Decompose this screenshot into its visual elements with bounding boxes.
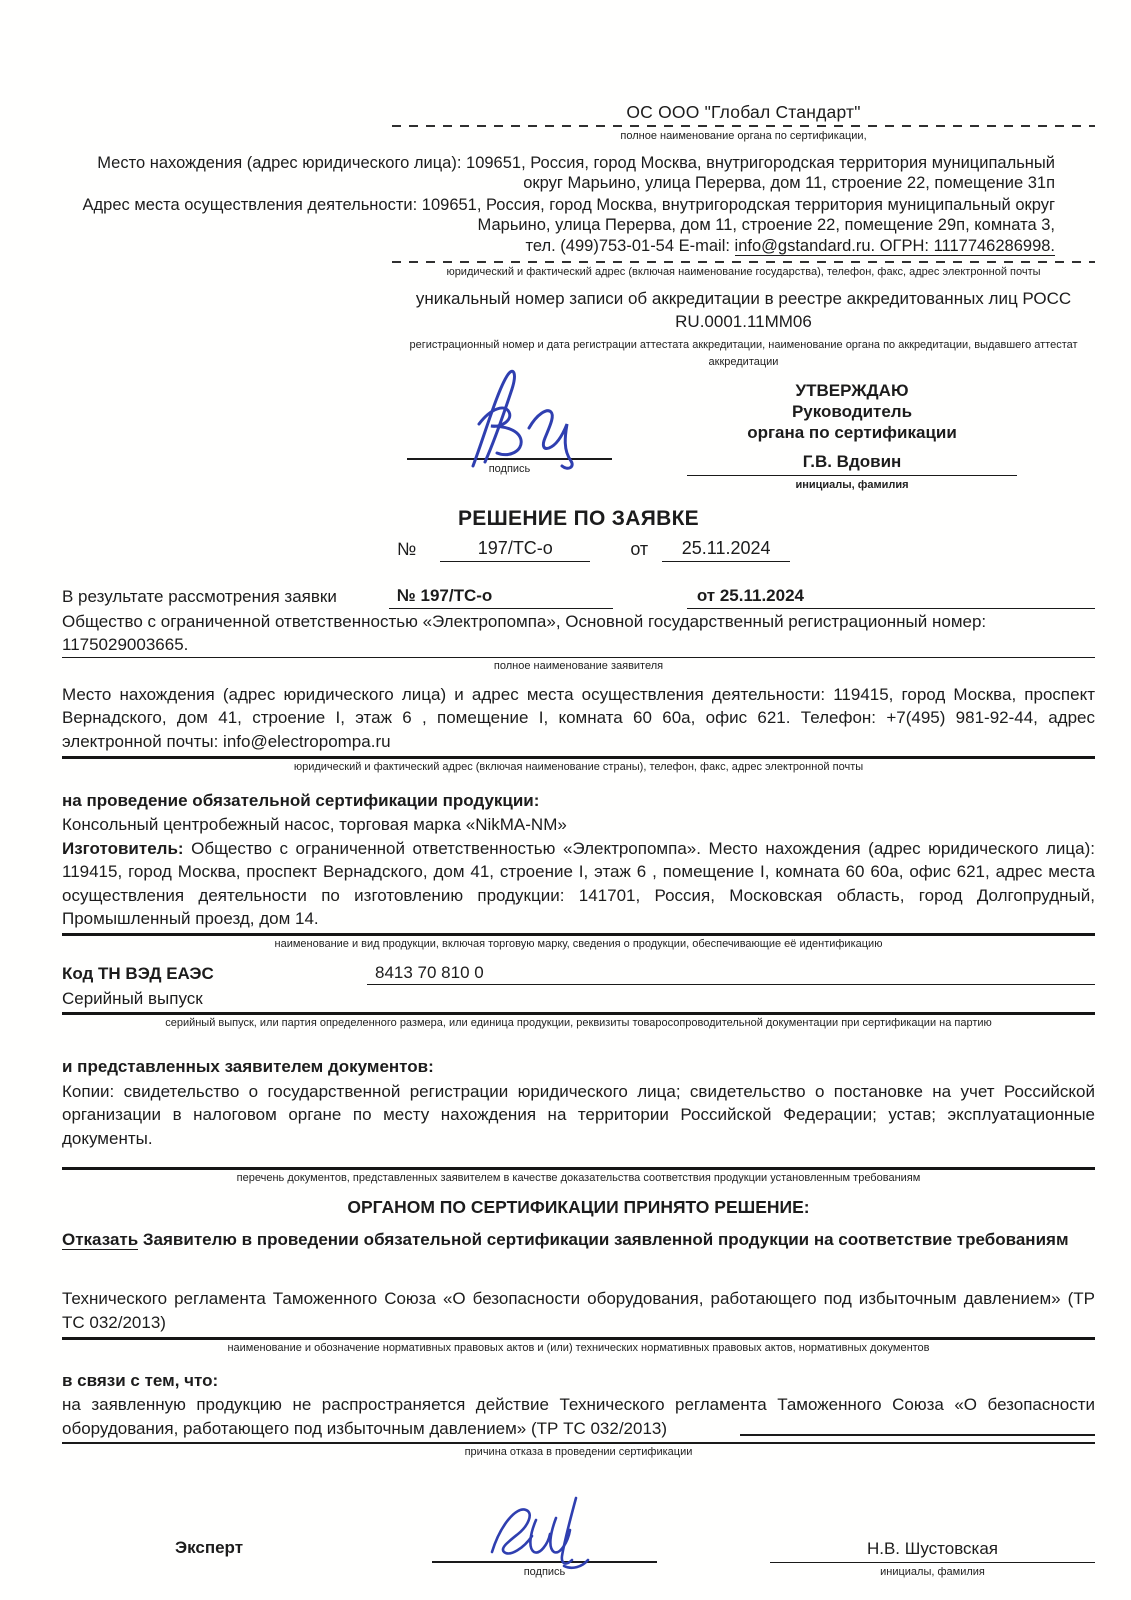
regulation-reference: Технического регламента Таможенного Союз… (62, 1287, 1095, 1340)
accreditation-block: уникальный номер записи об аккредитации … (392, 288, 1095, 371)
applicant-address: Место нахождения (адрес юридического лиц… (62, 683, 1095, 759)
documents-heading: и представленных заявителем документов: (62, 1055, 1095, 1078)
product-name: Консольный центробежный насос, торговая … (62, 813, 1095, 836)
serial-production: Серийный выпуск (62, 987, 1095, 1014)
approval-block: УТВЕРЖДАЮ Руководитель органа по сертифи… (687, 380, 1017, 494)
org-name-caption: полное наименование органа по сертификац… (392, 128, 1095, 145)
certification-decision-document: ОС ООО "Глобал Стандарт" полное наименов… (0, 0, 1131, 1600)
org-address-caption: юридический и фактический адрес (включая… (392, 264, 1095, 281)
manufacturer-label: Изготовитель: (62, 839, 184, 858)
org-address-line2: Адрес места осуществления деятельности: … (62, 195, 1055, 236)
org-name: ОС ООО "Глобал Стандарт" (392, 100, 1095, 124)
documents-caption: перечень документов, представленных заяв… (62, 1170, 1095, 1187)
expert-name: Н.В. Шустовская (770, 1537, 1095, 1563)
applicant-address-caption: юридический и фактический адрес (включая… (62, 759, 1095, 776)
application-date: от 25.11.2024 (687, 584, 1095, 608)
number-sign: № (397, 537, 416, 562)
org-address-footer: юридический и фактический адрес (включая… (392, 261, 1095, 281)
decision-heading: ОРГАНОМ ПО СЕРТИФИКАЦИИ ПРИНЯТО РЕШЕНИЕ: (62, 1195, 1095, 1219)
document-number-row: № 197/ТС-о от 25.11.2024 (397, 536, 1095, 562)
expert-signature-row: Эксперт подпись Н.В. Шустовская инициалы… (62, 1503, 1095, 1581)
application-number: № 197/ТС-о (389, 584, 613, 608)
verdict-rest: Заявителю в проведении обязательной серт… (138, 1230, 1068, 1249)
application-review-row: В результате рассмотрения заявки № 197/Т… (62, 584, 1095, 608)
signature-line (407, 380, 612, 460)
signature-line (432, 1503, 657, 1563)
applicant-caption: полное наименование заявителя (62, 658, 1095, 675)
certification-purpose-heading: на проведение обязательной сертификации … (62, 789, 1095, 812)
document-date: 25.11.2024 (662, 536, 790, 562)
expert-label: Эксперт (175, 1536, 305, 1580)
reason-heading: в связи с тем, что: (62, 1369, 1095, 1392)
document-title: РЕШЕНИЕ ПО ЗАЯВКЕ (62, 505, 1095, 534)
document-number: 197/ТС-о (440, 536, 590, 562)
reason-caption: причина отказа в проведении сертификации (62, 1444, 1095, 1461)
refusal-reason: на заявленную продукцию не распространяе… (62, 1393, 1095, 1440)
documents-list: Копии: свидетельство о государственной р… (62, 1080, 1095, 1150)
dashed-rule (392, 125, 1095, 127)
verdict-word: Отказать (62, 1230, 138, 1250)
org-header: ОС ООО "Глобал Стандарт" полное наименов… (392, 100, 1095, 145)
approver-role-line2: органа по сертификации (687, 422, 1017, 443)
date-label: от (630, 537, 648, 562)
refusal-reason-text: на заявленную продукцию не распространяе… (62, 1395, 1095, 1437)
accreditation-text: уникальный номер записи об аккредитации … (392, 288, 1095, 310)
manufacturer-text: Общество с ограниченной ответственностью… (62, 839, 1095, 928)
serial-caption: серийный выпуск, или партия определенног… (62, 1015, 1095, 1032)
expert-signature-field: подпись (432, 1503, 657, 1581)
approver-role-line1: Руководитель (687, 401, 1017, 422)
dashed-rule (392, 261, 1095, 263)
approver-signature-field: подпись (407, 380, 612, 494)
manufacturer-paragraph: Изготовитель: Общество с ограниченной от… (62, 837, 1095, 936)
accreditation-number: RU.0001.11ММ06 (392, 311, 1095, 333)
expert-name-caption: инициалы, фамилия (770, 1564, 1095, 1581)
org-contacts-line: тел. (499)753-01-54 E-mail: info@gstanda… (62, 236, 1055, 256)
org-email-ogrn: info@gstandard.ru. ОГРН: 1117746286998. (735, 237, 1055, 256)
org-address-line1: Место нахождения (адрес юридического лиц… (62, 153, 1055, 194)
expert-signature (482, 1490, 602, 1575)
org-address-block: Место нахождения (адрес юридического лиц… (62, 153, 1095, 257)
approve-statement: УТВЕРЖДАЮ (687, 380, 1017, 401)
trailing-rule (740, 1434, 1095, 1436)
approver-signature (435, 364, 585, 474)
product-caption: наименование и вид продукции, включая то… (62, 936, 1095, 953)
approver-name: Г.В. Вдовин (687, 451, 1017, 472)
expert-name-block: Н.В. Шустовская инициалы, фамилия (770, 1537, 1095, 1581)
org-phone: тел. (499)753-01-54 E-mail: (526, 237, 735, 255)
decision-verdict: Отказать Заявителю в проведении обязател… (62, 1228, 1095, 1251)
name-line (687, 475, 1017, 476)
approval-row: подпись УТВЕРЖДАЮ Руководитель органа по… (407, 380, 1095, 494)
regulation-caption: наименование и обозначение нормативных п… (62, 1340, 1095, 1357)
applicant-name: Общество с ограниченной ответственностью… (62, 610, 1095, 659)
tnved-row: Код ТН ВЭД ЕАЭС 8413 70 810 0 (62, 961, 1095, 985)
review-intro: В результате рассмотрения заявки (62, 585, 337, 608)
tnved-label: Код ТН ВЭД ЕАЭС (62, 962, 367, 985)
approver-name-caption: инициалы, фамилия (687, 477, 1017, 494)
tnved-code: 8413 70 810 0 (367, 961, 1095, 985)
